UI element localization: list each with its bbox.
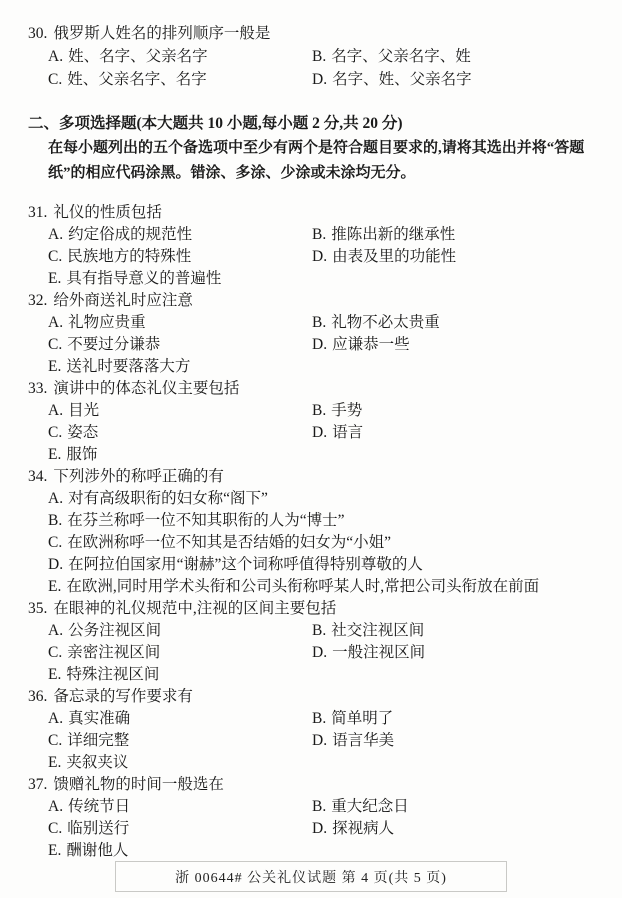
option-row: E.酬谢他人 [28, 840, 592, 862]
answer-option: D.探视病人 [312, 818, 592, 840]
option-letter: B. [312, 622, 326, 639]
exam-page: 30.俄罗斯人姓名的排列顺序一般是A.姓、名字、父亲名字B.名字、父亲名字、姓C… [0, 0, 622, 898]
question-number: 31. [28, 204, 47, 221]
option-text: 简单明了 [331, 710, 393, 727]
option-letter: B. [312, 226, 326, 243]
question-stem-line: 34.下列涉外的称呼正确的有 [28, 466, 592, 488]
option-row: A.目光B.手势 [28, 400, 592, 422]
option-letter: E. [48, 842, 61, 859]
section1-tail-question-area: 30.俄罗斯人姓名的排列顺序一般是A.姓、名字、父亲名字B.名字、父亲名字、姓C… [28, 22, 592, 91]
answer-option: E.夹叙夹议 [48, 752, 312, 774]
option-text: 传统节日 [68, 798, 130, 815]
option-letter: D. [312, 248, 327, 265]
question-block: 33.演讲中的体态礼仪主要包括A.目光B.手势C.姿态D.语言E.服饰 [28, 378, 592, 466]
section2-instruction-line1: 在每小题列出的五个备选项中至少有两个是符合题目要求的,请将其选出并将“答题 [28, 136, 592, 161]
answer-option: A.姓、名字、父亲名字 [48, 45, 312, 68]
option-text: 名字、姓、父亲名字 [332, 71, 472, 88]
question-number: 36. [28, 688, 47, 705]
answer-option: A.公务注视区间 [48, 620, 312, 642]
option-row: E.在欧洲,同时用学术头衔和公司头衔称呼某人时,常把公司头衔放在前面 [28, 576, 592, 598]
answer-option: A.传统节日 [48, 796, 312, 818]
answer-option: A.约定俗成的规范性 [48, 224, 312, 246]
option-row: C.亲密注视区间D.一般注视区间 [28, 642, 592, 664]
page-footer: 浙 00644# 公关礼仪试题 第 4 页(共 5 页) [115, 861, 507, 892]
footer-text: 浙 00644# 公关礼仪试题 第 4 页(共 5 页) [175, 867, 447, 887]
question-block: 36.备忘录的写作要求有A.真实准确B.简单明了C.详细完整D.语言华美E.夹叙… [28, 686, 592, 774]
option-row: A.传统节日B.重大纪念日 [28, 796, 592, 818]
option-row: C.临别送行D.探视病人 [28, 818, 592, 840]
option-text: 重大纪念日 [331, 798, 409, 815]
option-text: 约定俗成的规范性 [68, 226, 192, 243]
option-letter: A. [48, 490, 63, 507]
question-number: 35. [28, 600, 47, 617]
option-text: 手势 [331, 402, 362, 419]
question-block: 35.在眼神的礼仪规范中,注视的区间主要包括A.公务注视区间B.社交注视区间C.… [28, 598, 592, 686]
question-stem: 俄罗斯人姓名的排列顺序一般是 [53, 25, 270, 42]
option-row: A.真实准确B.简单明了 [28, 708, 592, 730]
option-text: 酬谢他人 [66, 842, 128, 859]
question-block: 30.俄罗斯人姓名的排列顺序一般是A.姓、名字、父亲名字B.名字、父亲名字、姓C… [28, 22, 592, 91]
option-text: 公务注视区间 [68, 622, 161, 639]
question-stem: 备忘录的写作要求有 [53, 688, 193, 705]
question-stem-line: 31.礼仪的性质包括 [28, 202, 592, 224]
answer-option: B.名字、父亲名字、姓 [312, 45, 592, 68]
section2-heading: 二、多项选择题(本大题共 10 小题,每小题 2 分,共 20 分) [28, 111, 592, 136]
question-stem-line: 33.演讲中的体态礼仪主要包括 [28, 378, 592, 400]
option-letter: C. [48, 248, 62, 265]
option-text: 真实准确 [68, 710, 130, 727]
option-text: 在欧洲称呼一位不知其是否结婚的妇女为“小姐” [67, 534, 391, 551]
option-row: E.具有指导意义的普遍性 [28, 268, 592, 290]
answer-option: A.真实准确 [48, 708, 312, 730]
option-letter: A. [48, 402, 63, 419]
option-text: 夹叙夹议 [66, 754, 128, 771]
option-text: 对有高级职衔的妇女称“阁下” [68, 490, 268, 507]
option-letter: B. [312, 314, 326, 331]
option-row: D.在阿拉伯国家用“谢赫”这个词称呼值得特别尊敬的人 [28, 554, 592, 576]
question-number: 32. [28, 292, 47, 309]
answer-option: C.姓、父亲名字、名字 [48, 68, 312, 91]
option-letter: E. [48, 666, 61, 683]
option-letter: B. [312, 710, 326, 727]
option-letter: C. [48, 424, 62, 441]
answer-option: D.一般注视区间 [312, 642, 592, 664]
option-row: A.礼物应贵重B.礼物不必太贵重 [28, 312, 592, 334]
option-text: 特殊注视区间 [66, 666, 159, 683]
question-stem-line: 37.馈赠礼物的时间一般选在 [28, 774, 592, 796]
option-text: 在芬兰称呼一位不知其职衔的人为“博士” [67, 512, 344, 529]
option-row: A.公务注视区间B.社交注视区间 [28, 620, 592, 642]
option-letter: A. [48, 798, 63, 815]
option-letter: E. [48, 446, 61, 463]
option-text: 亲密注视区间 [67, 644, 160, 661]
option-text: 推陈出新的继承性 [331, 226, 455, 243]
option-text: 民族地方的特殊性 [67, 248, 191, 265]
section2-questions-area: 31.礼仪的性质包括A.约定俗成的规范性B.推陈出新的继承性C.民族地方的特殊性… [28, 202, 592, 862]
answer-option: C.在欧洲称呼一位不知其是否结婚的妇女为“小姐” [48, 532, 592, 554]
answer-option: C.民族地方的特殊性 [48, 246, 312, 268]
question-block: 31.礼仪的性质包括A.约定俗成的规范性B.推陈出新的继承性C.民族地方的特殊性… [28, 202, 592, 290]
option-letter: A. [48, 48, 63, 65]
option-row: C.姓、父亲名字、名字D.名字、姓、父亲名字 [28, 68, 592, 91]
option-text: 由表及里的功能性 [332, 248, 456, 265]
option-text: 名字、父亲名字、姓 [331, 48, 471, 65]
option-row: C.详细完整D.语言华美 [28, 730, 592, 752]
option-text: 应谦恭一些 [332, 336, 410, 353]
option-row: C.民族地方的特殊性D.由表及里的功能性 [28, 246, 592, 268]
option-letter: C. [48, 336, 62, 353]
option-letter: C. [48, 820, 62, 837]
option-row: B.在芬兰称呼一位不知其职衔的人为“博士” [28, 510, 592, 532]
option-letter: A. [48, 226, 63, 243]
question-number: 37. [28, 776, 47, 793]
answer-option: E.特殊注视区间 [48, 664, 312, 686]
question-stem-line: 35.在眼神的礼仪规范中,注视的区间主要包括 [28, 598, 592, 620]
option-row: E.特殊注视区间 [28, 664, 592, 686]
answer-option: D.应谦恭一些 [312, 334, 592, 356]
question-stem: 下列涉外的称呼正确的有 [53, 468, 224, 485]
answer-option: E.在欧洲,同时用学术头衔和公司头衔称呼某人时,常把公司头衔放在前面 [48, 576, 592, 598]
option-letter: C. [48, 71, 62, 88]
option-letter: A. [48, 710, 63, 727]
answer-option: C.姿态 [48, 422, 312, 444]
option-letter: B. [312, 402, 326, 419]
answer-option: E.服饰 [48, 444, 312, 466]
question-number: 33. [28, 380, 47, 397]
option-letter: E. [48, 358, 61, 375]
answer-option: C.亲密注视区间 [48, 642, 312, 664]
question-block: 34.下列涉外的称呼正确的有A.对有高级职衔的妇女称“阁下”B.在芬兰称呼一位不… [28, 466, 592, 598]
option-text: 一般注视区间 [332, 644, 425, 661]
answer-option: D.语言 [312, 422, 592, 444]
option-row: A.对有高级职衔的妇女称“阁下” [28, 488, 592, 510]
option-text: 探视病人 [332, 820, 394, 837]
question-stem: 给外商送礼时应注意 [53, 292, 193, 309]
option-row: E.夹叙夹议 [28, 752, 592, 774]
option-text: 礼物不必太贵重 [331, 314, 440, 331]
answer-option: C.详细完整 [48, 730, 312, 752]
answer-option: B.重大纪念日 [312, 796, 592, 818]
question-stem: 礼仪的性质包括 [53, 204, 162, 221]
answer-option: D.在阿拉伯国家用“谢赫”这个词称呼值得特别尊敬的人 [48, 554, 592, 576]
section2-header: 二、多项选择题(本大题共 10 小题,每小题 2 分,共 20 分) 在每小题列… [28, 111, 592, 186]
answer-option: D.名字、姓、父亲名字 [312, 68, 592, 91]
question-stem: 在眼神的礼仪规范中,注视的区间主要包括 [53, 600, 336, 617]
option-text: 不要过分谦恭 [67, 336, 160, 353]
question-stem-line: 30.俄罗斯人姓名的排列顺序一般是 [28, 22, 592, 45]
answer-option: B.社交注视区间 [312, 620, 592, 642]
option-letter: C. [48, 644, 62, 661]
answer-option: B.简单明了 [312, 708, 592, 730]
answer-option: A.礼物应贵重 [48, 312, 312, 334]
answer-option: A.目光 [48, 400, 312, 422]
option-letter: D. [312, 732, 327, 749]
option-letter: A. [48, 622, 63, 639]
option-row: C.不要过分谦恭D.应谦恭一些 [28, 334, 592, 356]
option-letter: C. [48, 732, 62, 749]
option-letter: D. [312, 820, 327, 837]
option-letter: E. [48, 270, 61, 287]
option-text: 详细完整 [67, 732, 129, 749]
question-block: 37.馈赠礼物的时间一般选在A.传统节日B.重大纪念日C.临别送行D.探视病人E… [28, 774, 592, 862]
option-letter: E. [48, 754, 61, 771]
answer-option: E.酬谢他人 [48, 840, 312, 862]
option-row: A.约定俗成的规范性B.推陈出新的继承性 [28, 224, 592, 246]
option-row: E.送礼时要落落大方 [28, 356, 592, 378]
option-text: 服饰 [66, 446, 97, 463]
answer-option: B.推陈出新的继承性 [312, 224, 592, 246]
option-row: A.姓、名字、父亲名字B.名字、父亲名字、姓 [28, 45, 592, 68]
answer-option: C.不要过分谦恭 [48, 334, 312, 356]
option-text: 在欧洲,同时用学术头衔和公司头衔称呼某人时,常把公司头衔放在前面 [66, 578, 539, 595]
option-text: 礼物应贵重 [68, 314, 146, 331]
option-letter: E. [48, 578, 61, 595]
answer-option: E.具有指导意义的普遍性 [48, 268, 312, 290]
option-text: 语言华美 [332, 732, 394, 749]
option-letter: D. [312, 71, 327, 88]
question-stem: 馈赠礼物的时间一般选在 [53, 776, 224, 793]
question-number: 30. [28, 25, 47, 42]
option-letter: D. [48, 556, 63, 573]
section2-instruction-line2: 纸”的相应代码涂黑。错涂、多涂、少涂或未涂均无分。 [28, 161, 592, 186]
option-text: 姓、父亲名字、名字 [67, 71, 207, 88]
answer-option: C.临别送行 [48, 818, 312, 840]
answer-option: A.对有高级职衔的妇女称“阁下” [48, 488, 592, 510]
option-row: E.服饰 [28, 444, 592, 466]
option-text: 目光 [68, 402, 99, 419]
option-letter: B. [312, 798, 326, 815]
option-letter: D. [312, 644, 327, 661]
option-text: 送礼时要落落大方 [66, 358, 190, 375]
option-letter: C. [48, 534, 62, 551]
answer-option: B.在芬兰称呼一位不知其职衔的人为“博士” [48, 510, 592, 532]
option-letter: D. [312, 336, 327, 353]
option-text: 临别送行 [67, 820, 129, 837]
option-text: 语言 [332, 424, 363, 441]
option-letter: D. [312, 424, 327, 441]
answer-option: D.由表及里的功能性 [312, 246, 592, 268]
option-letter: A. [48, 314, 63, 331]
question-number: 34. [28, 468, 47, 485]
option-text: 姿态 [67, 424, 98, 441]
option-row: C.姿态D.语言 [28, 422, 592, 444]
question-stem-line: 36.备忘录的写作要求有 [28, 686, 592, 708]
option-letter: B. [312, 48, 326, 65]
question-stem: 演讲中的体态礼仪主要包括 [53, 380, 239, 397]
question-block: 32.给外商送礼时应注意A.礼物应贵重B.礼物不必太贵重C.不要过分谦恭D.应谦… [28, 290, 592, 378]
option-text: 社交注视区间 [331, 622, 424, 639]
answer-option: D.语言华美 [312, 730, 592, 752]
answer-option: E.送礼时要落落大方 [48, 356, 312, 378]
option-text: 具有指导意义的普遍性 [66, 270, 221, 287]
question-stem-line: 32.给外商送礼时应注意 [28, 290, 592, 312]
option-row: C.在欧洲称呼一位不知其是否结婚的妇女为“小姐” [28, 532, 592, 554]
answer-option: B.手势 [312, 400, 592, 422]
answer-option: B.礼物不必太贵重 [312, 312, 592, 334]
option-text: 姓、名字、父亲名字 [68, 48, 208, 65]
option-text: 在阿拉伯国家用“谢赫”这个词称呼值得特别尊敬的人 [68, 556, 423, 573]
option-letter: B. [48, 512, 62, 529]
